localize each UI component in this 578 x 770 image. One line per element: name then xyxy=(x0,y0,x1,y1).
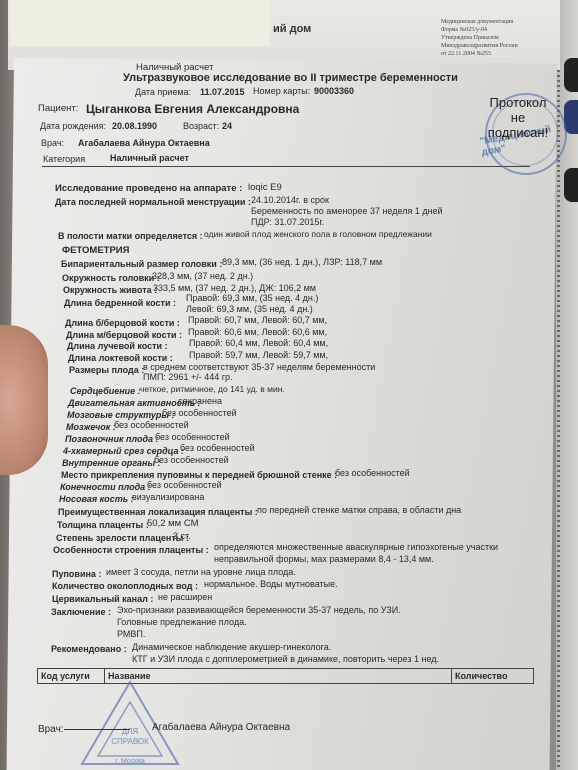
finding-label: Пуповина : xyxy=(52,569,101,579)
finding-label: Мозжечок : xyxy=(66,422,116,432)
doctor-label: Врач: xyxy=(41,138,64,148)
finding-value-2: неправильной формы, мах размерами 8,4 - … xyxy=(214,554,434,564)
thumb-holding-paper xyxy=(0,325,48,475)
patient-label: Пациент: xyxy=(38,103,78,114)
fetometry-label: Длина бедренной кости : xyxy=(64,298,176,308)
finding-value: определяются множественные аваскулярные … xyxy=(214,542,498,552)
finding-label: Конечности плода : xyxy=(60,482,151,492)
recommendation-line-1: Динамическое наблюдение акушер-гинеколог… xyxy=(132,642,331,652)
fetometry-value: Правой: 59,7 мм, Левой: 59,7 мм, xyxy=(189,350,328,360)
protocol-line-2: не xyxy=(470,110,566,125)
signature-line xyxy=(64,729,130,730)
dob-label: Дата рождения: xyxy=(40,121,106,131)
conclusion-line-1: Эхо-признаки развивающейся беременности … xyxy=(117,605,401,615)
finding-value: визуализирована xyxy=(132,492,204,502)
finding-value: четкое, ритмичное, до 141 уд. в мин. xyxy=(140,384,285,394)
fetometry-label: Бипариентальный размер головки : xyxy=(61,259,222,269)
finding-label: Мозговые структуры : xyxy=(67,410,175,420)
binder-ring xyxy=(564,58,578,92)
tape-strip xyxy=(10,0,270,46)
finding-label: Внутренние органы : xyxy=(62,458,161,468)
finding-label: Позвоночник плода : xyxy=(65,434,159,444)
category-label: Категория xyxy=(43,154,85,164)
lmp-line-3: ПДР: 31.07.2015г. xyxy=(251,217,324,227)
report-title: Ультразвуковое исследование во II тримес… xyxy=(123,72,458,84)
fetometry-value: 89,3 мм, (36 нед. 1 дн.), ЛЗР: 118,7 мм xyxy=(222,257,382,267)
category-value: Наличный расчет xyxy=(110,153,189,163)
protocol-line-1: Протокол xyxy=(470,95,566,110)
fetometry-value-2: ПМП: 2961 +/- 444 гр. xyxy=(143,372,233,382)
finding-value: нормальное. Воды мутноватые. xyxy=(204,579,338,589)
fetometry-label: Окружность головки : xyxy=(62,273,160,283)
fetometry-value: в среднем соответствуют 35-37 неделям бе… xyxy=(143,362,375,372)
visit-date: 11.07.2015 xyxy=(200,87,245,97)
age-label: Возраст: xyxy=(183,121,219,131)
fetometry-value: Правой: 60,6 мм, Левой: 60,6 мм, xyxy=(188,327,327,337)
fetometry-value: 333,5 мм, (37 нед. 2 дн.), ДЖ: 106,2 мм xyxy=(153,283,316,293)
finding-label: Преимущественная локализация плаценты : xyxy=(58,507,258,517)
unsigned-protocol-notice: Протокол не подписан! xyxy=(470,95,566,140)
finding-label: Особенности строения плаценты : xyxy=(53,545,209,555)
finding-label: Степень зрелости плаценты : xyxy=(56,533,189,543)
lmp-line-2: Беременность по аменорее 37 неделя 1 дне… xyxy=(251,206,443,216)
card-number: 90003360 xyxy=(314,86,354,96)
finding-value: без особенностей xyxy=(335,468,410,478)
finding-value: 50,2 мм СМ xyxy=(147,518,199,529)
protocol-line-3: подписан! xyxy=(470,125,566,140)
finding-value: без особенностей xyxy=(155,432,230,442)
fetometry-value: 328,3 мм, (37 нед. 2 дн.) xyxy=(152,271,253,281)
uterus-value: один живой плод женского пола в головном… xyxy=(204,229,432,239)
form-regulation-note: Медицинская документация Форма №025/у-04… xyxy=(441,18,518,58)
uterus-label: В полости матки определяется : xyxy=(58,231,203,241)
finding-label: Сердцебиение : xyxy=(70,386,141,396)
finding-value: сохранена xyxy=(178,396,222,406)
lmp-line-1: 24.10.2014г. в срок xyxy=(251,195,329,205)
fetometry-label: Длина м/берцовой кости : xyxy=(66,330,182,340)
signature-doctor-name: Агабалаева Айнура Октаевна xyxy=(152,722,290,733)
fetometry-value: Правой: 60,7 мм, Левой: 60,7 мм, xyxy=(188,315,327,325)
finding-label: Цервикальный канал : xyxy=(52,594,153,604)
lmp-label: Дата последней нормальной менструации : xyxy=(55,197,251,207)
back-sheet-org-name: ий дом xyxy=(273,23,311,35)
finding-label: Толщина плаценты : xyxy=(57,520,149,530)
header-divider xyxy=(42,166,530,167)
fetometry-value: Правой: 69,3 мм, (35 нед. 4 дн.) xyxy=(186,293,318,303)
svg-text:СПРАВОК: СПРАВОК xyxy=(111,737,149,746)
dob: 20.08.1990 xyxy=(112,121,157,131)
conclusion-label: Заключение : xyxy=(51,607,111,617)
fetometry-label: Окружность живота : xyxy=(63,285,157,295)
finding-value: без особенностей xyxy=(180,443,255,453)
card-number-label: Номер карты: xyxy=(253,86,310,96)
recommendation-label: Рекомендовано : xyxy=(51,644,127,654)
finding-value: не расширен xyxy=(158,592,212,602)
finding-value: без особенностей xyxy=(154,455,229,465)
finding-value: 3 ст. xyxy=(173,531,191,541)
finding-label: Носовая кость : xyxy=(59,494,134,504)
svg-text:г. Москва: г. Москва xyxy=(115,758,145,765)
fetometry-label: Размеры плода : xyxy=(69,365,144,375)
fetometry-label: Длина лучевой кости : xyxy=(67,341,168,351)
device-value: loqic E9 xyxy=(248,182,282,193)
finding-value: без особенностей xyxy=(162,408,237,418)
finding-value: по передней стенке матки справа, в облас… xyxy=(257,505,461,515)
age: 24 xyxy=(222,121,232,131)
visit-date-label: Дата приема: xyxy=(135,87,191,97)
fetometry-label: Длина б/берцовой кости : xyxy=(65,318,180,328)
conclusion-line-2: Головные предлежание плода. xyxy=(117,617,247,627)
finding-value: имеет 3 сосуда, петли на уровне лица пло… xyxy=(106,567,296,577)
finding-value: без особенностей xyxy=(147,480,222,490)
patient-name: Цыганкова Евгения Александровна xyxy=(86,102,299,116)
device-label: Исследование проведено на аппарате : xyxy=(55,183,242,194)
signature-label: Врач: xyxy=(38,724,64,735)
fetometry-value: Правой: 60,4 мм, Левой: 60,4 мм, xyxy=(189,338,328,348)
binder-ring xyxy=(564,168,578,202)
doctor-name: Агабалаева Айнура Октаевна xyxy=(78,138,210,148)
finding-value: без особенностей xyxy=(114,420,189,430)
fetometry-heading: ФЕТОМЕТРИЯ xyxy=(62,245,129,256)
finding-label: Количество околоплодных вод : xyxy=(52,581,198,591)
conclusion-line-3: РМВП. xyxy=(117,629,145,639)
finding-label: Место прикрепления пуповины к передней б… xyxy=(61,470,337,480)
recommendation-line-2: КТГ и УЗИ плода с допплерометрией в дина… xyxy=(132,654,439,664)
column-quantity: Количество xyxy=(452,669,534,684)
fetometry-value-2: Левой: 69,3 мм, (35 нед. 4 дн.) xyxy=(186,304,313,314)
